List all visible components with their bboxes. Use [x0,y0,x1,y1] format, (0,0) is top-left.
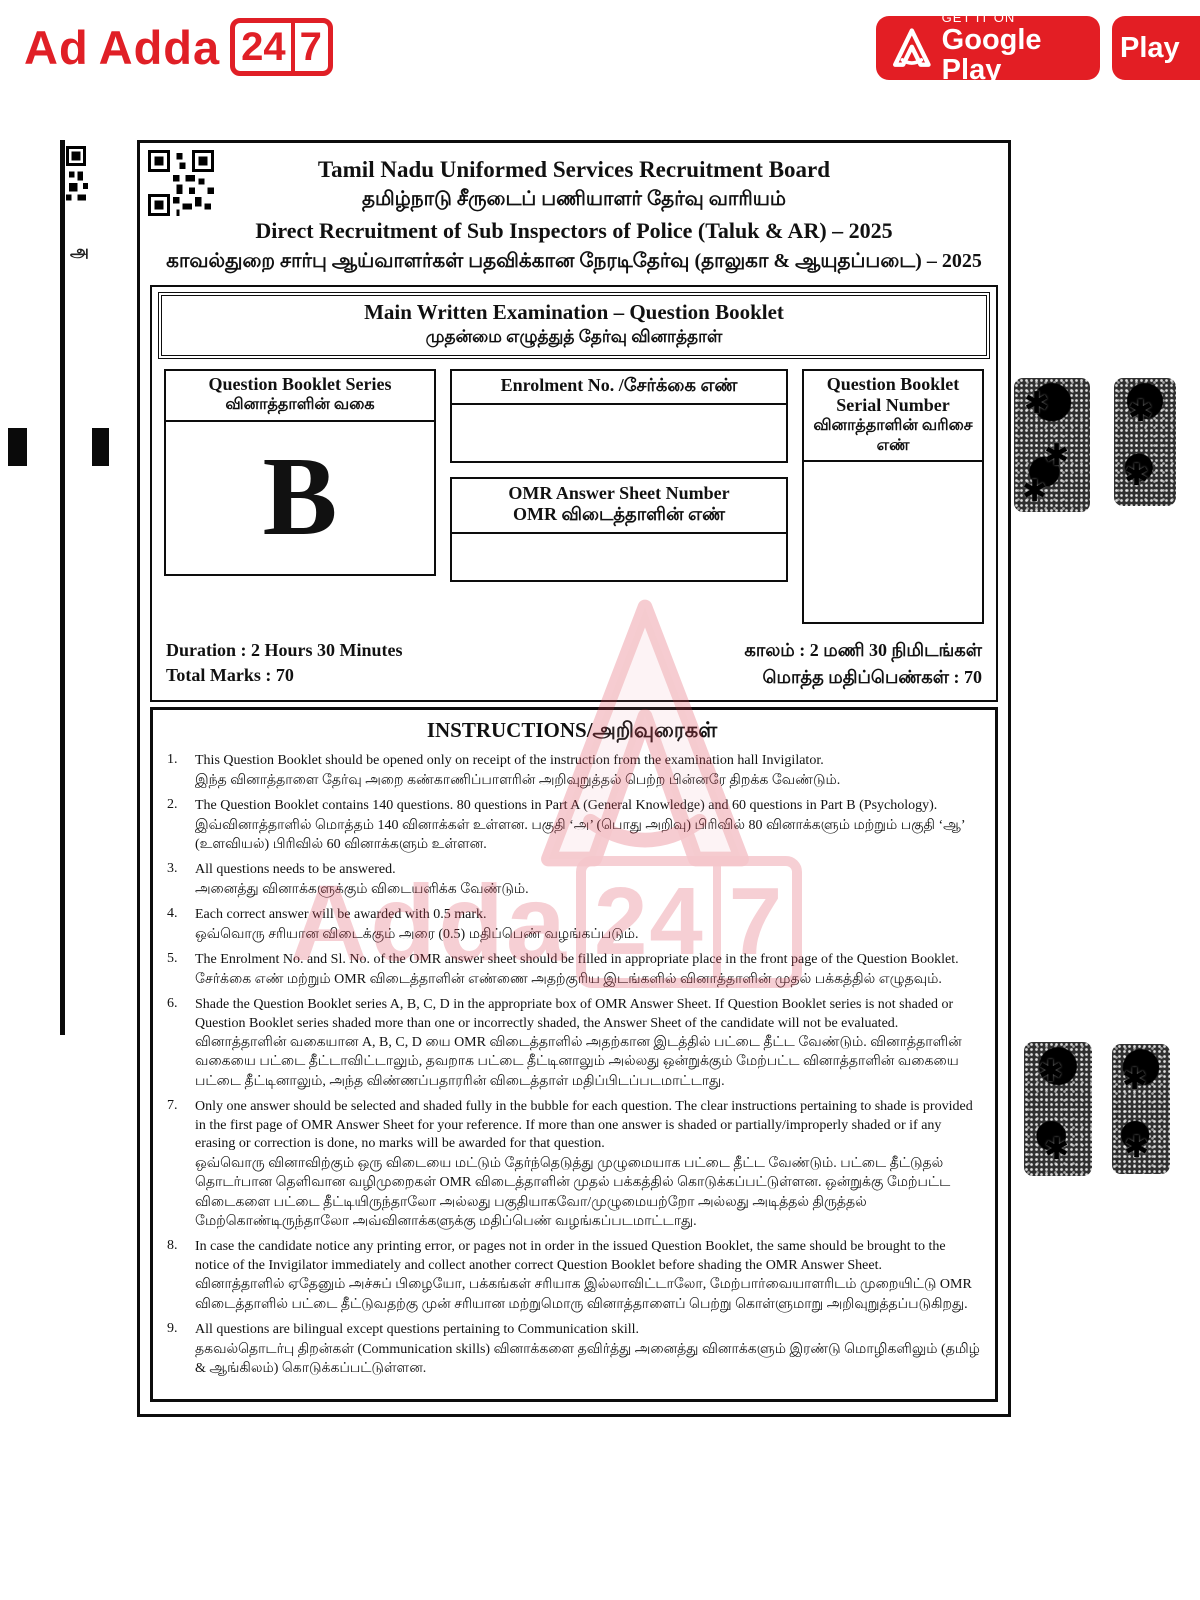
series-label-en: Question Booklet Series [168,374,432,395]
document-header: Tamil Nadu Uniformed Services Recruitmen… [140,143,1008,283]
omr-sheet-number-box: OMR Answer Sheet Number OMR விடைத்தாளின்… [450,477,788,582]
instructions-title: INSTRUCTIONS/அறிவுரைகள் [163,718,981,745]
enrolment-number-box: Enrolment No. /சேர்க்கை எண் [450,369,788,463]
omr-label-en: OMR Answer Sheet Number [454,483,784,504]
scan-page-edge-line [60,140,65,1035]
enrolment-blank-field [452,405,786,461]
google-play-badge-partial[interactable]: Play [1112,16,1200,80]
get-it-on-label: GET IT ON [942,11,1100,25]
google-play-badge[interactable]: GET IT ON Google Play [876,16,1100,80]
instructions-section: INSTRUCTIONS/அறிவுரைகள் 1. This Question… [150,707,998,1402]
question-booklet-page: Tamil Nadu Uniformed Services Recruitmen… [137,140,1011,1417]
adda247-logo[interactable]: Ad Adda 24 7 [24,18,333,76]
duration-en: Duration : 2 Hours 30 Minutes [166,640,403,661]
omr-blank-field [452,534,786,580]
logo-7-text: 7 [300,23,322,71]
logo-adda-text: Adda [99,20,221,75]
instruction-item: 3. All questions needs to be answered.அன… [163,861,981,899]
google-play-badge-text: GET IT ON Google Play [942,11,1100,85]
exam-info-section: Main Written Examination – Question Book… [150,285,998,702]
series-label-ta: வினாத்தாளின் வகை [168,395,432,415]
enrolment-label: Enrolment No. /சேர்க்கை எண் [454,375,784,398]
scan-black-mark [92,428,109,466]
ink-stamp-artifact: ✱✱✱ [1014,378,1090,512]
serial-label-en: Question Booklet Serial Number [806,374,980,416]
instruction-item: 9. All questions are bilingual except qu… [163,1321,981,1378]
duration-row: Duration : 2 Hours 30 Minutes Total Mark… [158,628,990,700]
instruction-item: 4. Each correct answer will be awarded w… [163,906,981,944]
ink-stamp-artifact: ✱✱ [1112,1044,1170,1174]
qr-code-fragment [66,146,88,208]
duration-ta: காலம் : 2 மணி 30 நிமிடங்கள் [744,640,982,663]
question-booklet-series-box: Question Booklet Series வினாத்தாளின் வகை… [164,369,436,576]
logo-ad-text: Ad [24,20,89,75]
series-value: B [166,422,434,574]
serial-blank-field [804,462,982,622]
instruction-item: 2. The Question Booklet contains 140 que… [163,797,981,854]
booklet-serial-number-box: Question Booklet Serial Number வினாத்தாள… [802,369,984,624]
recruitment-title-ta: காவல்துறை சார்பு ஆய்வாளர்கள் பதவிக்கான ந… [150,250,998,275]
exam-title-en: Main Written Examination – Question Book… [166,300,982,325]
instruction-item: 6. Shade the Question Booklet series A, … [163,996,981,1091]
instruction-item: 5. The Enrolment No. and Sl. No. of the … [163,951,981,989]
qr-code [147,150,215,216]
exam-title-ta: முதன்மை எழுத்துத் தேர்வு வினாத்தாள் [166,327,982,349]
serial-label-ta: வினாத்தாளின் வரிசை எண் [806,416,980,456]
total-marks-en: Total Marks : 70 [166,665,403,686]
middle-fields-column: Enrolment No. /சேர்க்கை எண் OMR Answer S… [450,369,788,582]
recruitment-title-en: Direct Recruitment of Sub Inspectors of … [150,218,998,244]
board-title-ta: தமிழ்நாடு சீருடைப் பணியாளர் தேர்வு வாரிய… [150,188,998,213]
logo-24-text: 24 [241,23,286,71]
booklet-fields-row: Question Booklet Series வினாத்தாளின் வகை… [158,359,990,628]
google-play-label: Google Play [942,25,1100,85]
instruction-item: 1. This Question Booklet should be opene… [163,752,981,790]
instruction-item: 7. Only one answer should be selected an… [163,1098,981,1231]
play-label: Play [1120,32,1180,65]
omr-label-ta: OMR விடைத்தாளின் எண் [454,504,784,527]
scan-black-mark [8,428,27,466]
ink-stamp-artifact: ✱✱ [1024,1042,1092,1176]
instruction-item: 8. In case the candidate notice any prin… [163,1238,981,1314]
adda-a-icon [892,27,932,69]
ink-stamp-artifact: ✱✱ [1114,378,1176,506]
logo-divider [291,23,295,71]
total-marks-ta: மொத்த மதிப்பெண்கள் : 70 [744,667,982,690]
exam-title-box: Main Written Examination – Question Book… [158,292,990,359]
stray-tamil-letter: அ [70,242,89,264]
board-title-en: Tamil Nadu Uniformed Services Recruitmen… [150,157,998,183]
logo-247-box: 24 7 [230,18,333,76]
